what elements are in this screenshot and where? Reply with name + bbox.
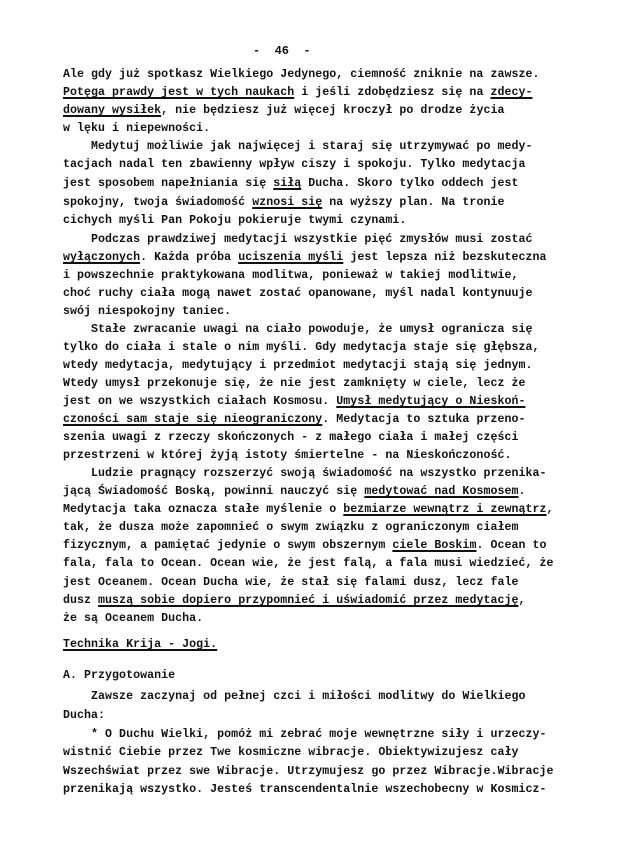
text-line: choć ruchy ciała mogą nawet zostać opano… bbox=[63, 287, 533, 301]
text-line: spokojny, twoja świadomość wznosi się na… bbox=[63, 196, 504, 210]
text-line: Zawsze zaczynaj od pełnej czci i miłości… bbox=[63, 690, 526, 704]
text-segment: choć ruchy ciała mogą nawet zostać opano… bbox=[63, 287, 533, 300]
underlined-text: czoności sam staje się nieograniczony bbox=[63, 413, 322, 426]
text-line: Medytuj możliwie jak najwięcej i staraj … bbox=[63, 140, 533, 154]
text-line: A. Przygotowanie bbox=[63, 669, 175, 683]
text-segment: Zawsze zaczynaj od pełnej czci i miłości… bbox=[63, 690, 526, 703]
underlined-text: wyłączonych bbox=[63, 251, 140, 264]
text-segment: i powszechnie praktykowana modlitwa, pon… bbox=[63, 269, 518, 282]
underlined-text: Technika Krija - Jogi. bbox=[63, 638, 217, 651]
text-segment: Stałe zwracanie uwagi na ciało powoduje,… bbox=[63, 323, 533, 336]
text-line: Wtedy umysł przekonuje się, że nie jest … bbox=[63, 377, 526, 391]
text-segment: jest on we wszystkich ciałach Kosmosu. bbox=[63, 395, 336, 408]
text-line: jest Oceanem. Ocean Ducha wie, że stał s… bbox=[63, 576, 518, 590]
underlined-text: uciszenia myśli bbox=[238, 251, 343, 264]
underlined-text: medytować nad Kosmosem bbox=[364, 485, 518, 498]
text-segment: swój niespokojny taniec. bbox=[63, 305, 231, 318]
text-segment: przenikają wszystko. Jesteś transcendent… bbox=[63, 783, 547, 796]
text-segment: wistnić Ciebie przez Twe kosmiczne wibra… bbox=[63, 746, 518, 759]
text-segment: Ale gdy już spotkasz Wielkiego Jedynego,… bbox=[63, 68, 540, 81]
text-segment: Medytacja taka oznacza stałe myślenie o bbox=[63, 503, 343, 516]
text-line: wtedy medytacja, medytujący i przedmiot … bbox=[63, 359, 533, 373]
text-segment: Podczas prawdziwej medytacji wszystkie p… bbox=[63, 233, 533, 246]
text-segment: tacjach nadal ten zbawienny wpływ ciszy … bbox=[63, 158, 526, 171]
text-segment: * O Duchu Wielki, pomóż mi zebrać moje w… bbox=[63, 728, 547, 741]
text-segment: A. Przygotowanie bbox=[63, 669, 175, 682]
text-segment: jest sposobem napełniania się bbox=[63, 177, 273, 190]
text-segment: . bbox=[519, 485, 526, 498]
text-line: przenikają wszystko. Jesteś transcendent… bbox=[63, 783, 547, 797]
text-segment: wtedy medytacja, medytujący i przedmiot … bbox=[63, 359, 533, 372]
text-line: cichych myśli Pan Pokoju pokieruje twymi… bbox=[63, 214, 406, 228]
text-segment: Ducha: bbox=[63, 709, 105, 722]
text-line: * O Duchu Wielki, pomóż mi zebrać moje w… bbox=[63, 728, 547, 742]
text-segment: na wyższy plan. Na tronie bbox=[322, 196, 504, 209]
text-segment: i jeśli zdobędziesz się na bbox=[294, 86, 490, 99]
text-segment: tak, że dusza może zapomnieć o swym zwią… bbox=[63, 521, 518, 534]
text-segment: przestrzeni w której żyją istoty śmierte… bbox=[63, 449, 511, 462]
text-segment: Medytuj możliwie jak najwięcej i staraj … bbox=[63, 140, 533, 153]
text-line: fala, fala to Ocean. Ocean wie, że jest … bbox=[63, 557, 554, 571]
text-line: Ludzie pragnący rozszerzyć swoją świadom… bbox=[63, 467, 547, 481]
text-line: że są Oceanem Ducha. bbox=[63, 612, 203, 626]
text-line: swój niespokojny taniec. bbox=[63, 305, 231, 319]
text-segment: szenia uwagi z rzeczy skończonych - z ma… bbox=[63, 431, 518, 444]
text-line: szenia uwagi z rzeczy skończonych - z ma… bbox=[63, 431, 518, 445]
text-segment: Ludzie pragnący rozszerzyć swoją świadom… bbox=[63, 467, 547, 480]
underlined-text: siłą bbox=[273, 177, 301, 190]
text-line: Technika Krija - Jogi. bbox=[63, 638, 217, 652]
text-line: Wszechświat przez swe Wibracje. Utrzymuj… bbox=[63, 765, 554, 779]
text-segment: jącą Świadomość Boską, powinni nauczyć s… bbox=[63, 485, 364, 498]
text-line: w lęku i niepewności. bbox=[63, 122, 210, 136]
text-line: Medytacja taka oznacza stałe myślenie o … bbox=[63, 503, 554, 517]
text-line: Ducha: bbox=[63, 709, 105, 723]
text-segment: jest Oceanem. Ocean Ducha wie, że stał s… bbox=[63, 576, 518, 589]
text-segment: dusz bbox=[63, 594, 98, 607]
underlined-text: wznosi się bbox=[252, 196, 322, 209]
text-segment: . Każda próba bbox=[140, 251, 238, 264]
text-segment: jest lepsza niż bezskuteczna bbox=[343, 251, 546, 264]
text-line: Potęga prawdy jest w tych naukach i jeśl… bbox=[63, 86, 533, 100]
text-segment: , bbox=[547, 503, 554, 516]
text-line: Podczas prawdziwej medytacji wszystkie p… bbox=[63, 233, 533, 247]
text-segment: fizycznym, a pamiętać jedynie o swym obs… bbox=[63, 539, 392, 552]
underlined-text: muszą sobie dopiero przypomnieć i uświad… bbox=[98, 594, 518, 607]
text-line: tylko do ciała i stale o nim myśli. Gdy … bbox=[63, 341, 540, 355]
text-segment: Wszechświat przez swe Wibracje. Utrzymuj… bbox=[63, 765, 554, 778]
text-segment: . Medytacja to sztuka przeno- bbox=[322, 413, 525, 426]
text-line: dusz muszą sobie dopiero przypomnieć i u… bbox=[63, 594, 526, 608]
text-line: jest sposobem napełniania się siłą Ducha… bbox=[63, 177, 519, 191]
text-line: jącą Świadomość Boską, powinni nauczyć s… bbox=[63, 485, 526, 499]
text-segment: spokojny, twoja świadomość bbox=[63, 196, 252, 209]
text-segment: tylko do ciała i stale o nim myśli. Gdy … bbox=[63, 341, 540, 354]
underlined-text: bezmiarze wewnątrz i zewnątrz bbox=[343, 503, 546, 516]
text-segment: że są Oceanem Ducha. bbox=[63, 612, 203, 625]
text-segment: . Ocean to bbox=[476, 539, 546, 552]
text-line: i powszechnie praktykowana modlitwa, pon… bbox=[63, 269, 518, 283]
text-line: dowany wysiłek, nie będziesz już więcej … bbox=[63, 104, 504, 118]
underlined-text: Umysł medytujący o Nieskoń- bbox=[336, 395, 525, 408]
text-line: tacjach nadal ten zbawienny wpływ ciszy … bbox=[63, 158, 526, 172]
underlined-text: dowany wysiłek bbox=[63, 104, 161, 117]
underlined-text: Potęga prawdy jest w tych naukach bbox=[63, 86, 294, 99]
text-segment: Ducha. Skoro tylko oddech jest bbox=[301, 177, 518, 190]
text-line: Stałe zwracanie uwagi na ciało powoduje,… bbox=[63, 323, 533, 337]
text-line: fizycznym, a pamiętać jedynie o swym obs… bbox=[63, 539, 547, 553]
text-segment: cichych myśli Pan Pokoju pokieruje twymi… bbox=[63, 214, 406, 227]
text-line: Ale gdy już spotkasz Wielkiego Jedynego,… bbox=[63, 68, 540, 82]
document-page: - 46 - Ale gdy już spotkasz Wielkiego Je… bbox=[0, 0, 621, 858]
text-segment: , nie będziesz już więcej kroczył po dro… bbox=[161, 104, 504, 117]
text-line: jest on we wszystkich ciałach Kosmosu. U… bbox=[63, 395, 526, 409]
text-line: tak, że dusza może zapomnieć o swym zwią… bbox=[63, 521, 518, 535]
text-segment: fala, fala to Ocean. Ocean wie, że jest … bbox=[63, 557, 554, 570]
text-segment: , bbox=[519, 594, 526, 607]
text-line: wyłączonych. Każda próba uciszenia myśli… bbox=[63, 251, 547, 265]
text-line: wistnić Ciebie przez Twe kosmiczne wibra… bbox=[63, 746, 518, 760]
text-line: przestrzeni w której żyją istoty śmierte… bbox=[63, 449, 511, 463]
underlined-text: zdecy- bbox=[490, 86, 532, 99]
page-number: - 46 - bbox=[253, 44, 311, 58]
underlined-text: ciele Boskim bbox=[392, 539, 476, 552]
text-segment: w lęku i niepewności. bbox=[63, 122, 210, 135]
text-segment: Wtedy umysł przekonuje się, że nie jest … bbox=[63, 377, 526, 390]
text-line: czoności sam staje się nieograniczony. M… bbox=[63, 413, 526, 427]
